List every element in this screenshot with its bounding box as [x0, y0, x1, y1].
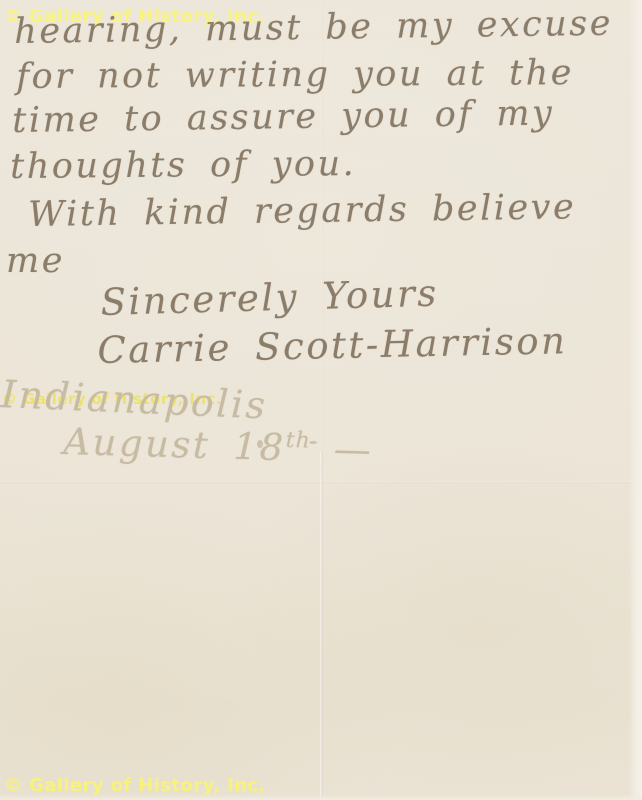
place-line: Indianapolis — [0, 372, 268, 428]
handwritten-line-6: me — [6, 241, 65, 281]
date-flourish: — — [333, 428, 374, 472]
paper-crease-vertical — [320, 452, 323, 800]
handwritten-line-1: hearing, must be my excuse — [14, 4, 613, 52]
handwritten-line-2: for not writing you at the — [16, 53, 574, 97]
date-superscript: th — [285, 428, 311, 454]
paper-edge-right — [629, 0, 642, 800]
signature: Carrie Scott-Harrison — [97, 319, 568, 372]
handwritten-line-3: time to assure you of my — [12, 93, 555, 141]
date-text: August 18 — [63, 420, 286, 469]
letter-page: © Gallery of History, Inc. © Gallery of … — [0, 0, 642, 800]
handwritten-line-4: thoughts of you. — [10, 144, 356, 187]
ink-speck — [257, 440, 263, 448]
watermark-bottom: © Gallery of History, Inc. — [4, 775, 266, 796]
paper-edge-bottom — [0, 794, 642, 800]
ink-speck — [309, 441, 317, 444]
closing-line: Sincerely Yours — [100, 272, 439, 324]
handwritten-line-5: With kind regards believe — [28, 187, 576, 235]
date-line: August 18th — — [63, 420, 374, 472]
